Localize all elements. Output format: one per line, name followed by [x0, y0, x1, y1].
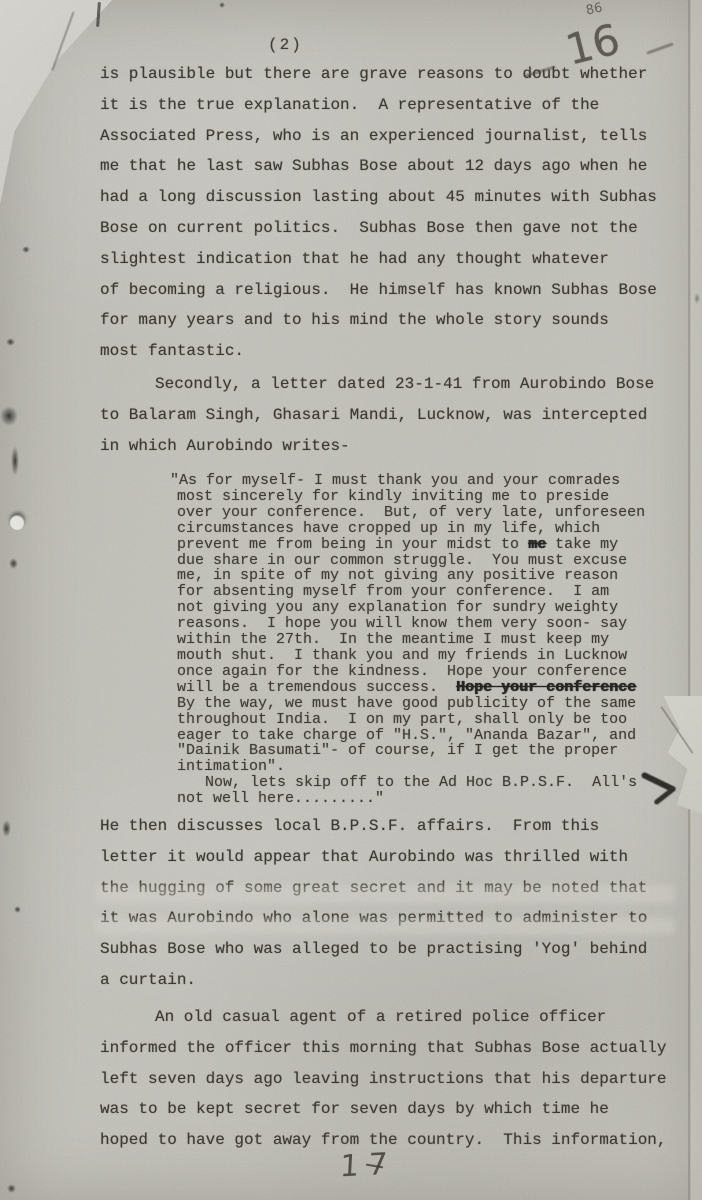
text-line: it is the true explanation. A representa… — [100, 90, 680, 121]
quote-line: not well here........." — [170, 791, 670, 807]
paragraph-3: He then discusses local B.P.S.F. affairs… — [100, 811, 680, 996]
text-line: He then discusses local B.P.S.F. affairs… — [100, 811, 680, 842]
quote-line: for absenting myself from your conferenc… — [170, 584, 670, 600]
quote-text: will be a tremendous success. — [177, 679, 456, 696]
text-line: a curtain. — [100, 965, 680, 996]
paragraph-1: is plausible but there are grave reasons… — [100, 59, 680, 367]
page-number: (2) — [268, 36, 303, 54]
text-line: of becoming a religious. He himself has … — [100, 275, 680, 306]
text-line: is plausible but there are grave reasons… — [100, 59, 680, 90]
quote-line: not giving you any explanation for sundr… — [170, 600, 670, 616]
quote-line: once again for the kindness. Hope your c… — [170, 664, 670, 680]
ink-speck — [7, 1184, 16, 1193]
pencil-dash — [646, 42, 673, 54]
quote-line: circumstances have cropped up in my life… — [170, 521, 670, 537]
text-line: slightest indication that he had any tho… — [100, 244, 680, 275]
paragraph-4: An old casual agent of a retired police … — [100, 1002, 680, 1156]
text-line: the hugging of some great secret and it … — [100, 873, 680, 904]
quote-line: within the 27th. In the meantime I must … — [170, 632, 670, 648]
edge-blot — [2, 820, 11, 837]
quote-line: over your conference. But, of very late,… — [170, 505, 670, 521]
text-line: Secondly, a letter dated 23-1-41 from Au… — [100, 369, 680, 400]
torn-corner-top-left — [0, 0, 112, 205]
quote-line: throughout India. I on my part, shall on… — [170, 712, 670, 728]
quote-line-with-overstrike: prevent me from being in your midst to m… — [170, 537, 670, 553]
paper-right-edge — [691, 0, 702, 1200]
quote-line-with-overstrike: will be a tremendous success. Hope your … — [170, 680, 670, 696]
text-line: Subhas Bose who was alleged to be practi… — [100, 934, 680, 965]
text-line: letter it would appear that Aurobindo wa… — [100, 842, 680, 873]
quote-line: me, in spite of my not giving any positi… — [170, 568, 670, 584]
text-line: most fantastic. — [100, 336, 680, 367]
text-line: to Balaram Singh, Ghasari Mandi, Lucknow… — [100, 400, 680, 431]
text-line: had a long discussion lasting about 45 m… — [100, 182, 680, 213]
punch-hole — [10, 515, 25, 530]
quote-line: By the way, we must have good publicity … — [170, 696, 670, 712]
quote-line: "As for myself- I must thank you and you… — [170, 473, 670, 489]
quote-line: most sincerely for kindly inviting me to… — [170, 489, 670, 505]
text-line: it was Aurobindo who alone was permitted… — [100, 903, 680, 934]
text-line: informed the officer this morning that S… — [100, 1033, 680, 1064]
ink-speck — [219, 2, 225, 8]
quote-line: intimation". — [170, 759, 670, 775]
text-line: Associated Press, who is an experienced … — [100, 121, 680, 152]
edge-mark — [694, 293, 700, 304]
ink-speck — [14, 906, 21, 913]
top-edge-mark — [96, 2, 101, 27]
quote-line: reasons. I hope you will know them very … — [170, 616, 670, 632]
overstruck-text: me — [528, 536, 546, 553]
quote-text: take my — [546, 536, 618, 553]
quote-line: "Dainik Basumati"- of course, if I get t… — [170, 743, 670, 759]
pencil-annotation-small: 86 — [585, 0, 604, 18]
text-line: was to be kept secret for seven days by … — [100, 1094, 680, 1125]
edge-blot — [11, 446, 19, 476]
overstruck-text: Hope your conference — [456, 679, 636, 696]
quote-line: Now, lets skip off to the Ad Hoc B.P.S.F… — [170, 775, 670, 791]
document-page: (2) 86 16 is plausible but there are gra… — [0, 0, 702, 1200]
corner-crease-line — [51, 12, 74, 71]
edge-blot — [0, 406, 18, 426]
ink-speck — [9, 558, 18, 569]
text-line: for many years and to his mind the whole… — [100, 305, 680, 336]
quote-text: prevent me from being in your midst to — [177, 536, 528, 553]
text-line: left seven days ago leaving instructions… — [100, 1064, 680, 1095]
text-line: me that he last saw Subhas Bose about 12… — [100, 151, 680, 182]
paragraph-2: Secondly, a letter dated 23-1-41 from Au… — [100, 369, 680, 461]
quote-line: mouth shut. I thank you and my friends i… — [170, 648, 670, 664]
text-line: Bose on current politics. Subhas Bose th… — [100, 213, 680, 244]
text-line: in which Aurobindo writes- — [100, 431, 680, 462]
paper-edge-line — [688, 0, 690, 1200]
letter-quote-block: "As for myself- I must thank you and you… — [170, 473, 670, 807]
text-line: An old casual agent of a retired police … — [100, 1002, 680, 1033]
ink-speck — [6, 338, 15, 346]
ink-speck — [22, 246, 30, 253]
